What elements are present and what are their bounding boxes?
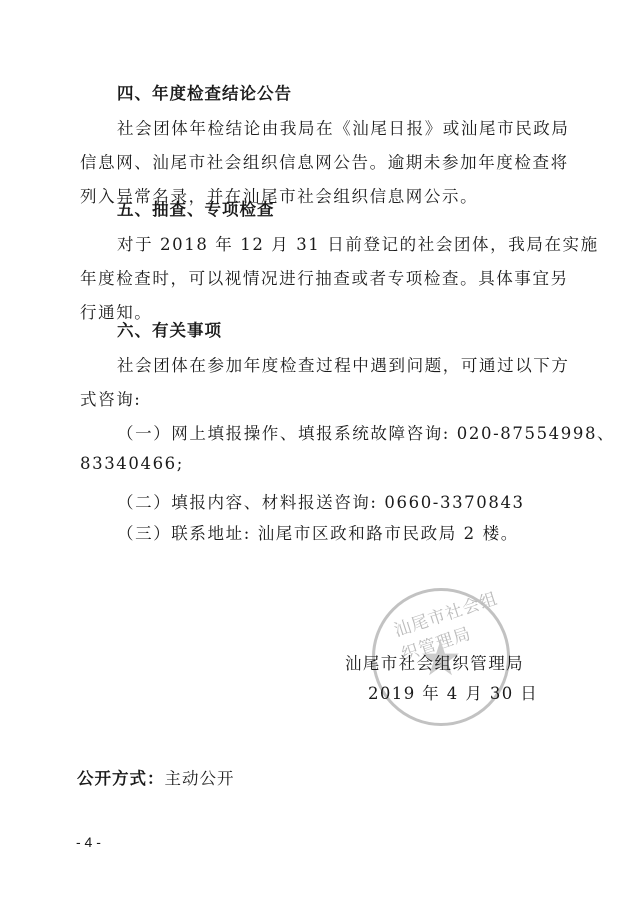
signing-date: 2019 年 4 月 30 日: [368, 680, 538, 704]
section-6-line-1: 社会团体在参加年度检查过程中遇到问题，可通过以下方: [117, 352, 570, 376]
section-5-heading: 五、抽查、专项检查: [117, 196, 275, 220]
section-4-line-1: 社会团体年检结论由我局在《汕尾日报》或汕尾市民政局: [117, 115, 570, 139]
disclosure-line: 公开方式：主动公开: [77, 765, 235, 789]
section-4-heading: 四、年度检查结论公告: [117, 80, 292, 104]
section-5-line-1: 对于 2018 年 12 月 31 日前登记的社会团体，我局在实施: [117, 231, 599, 255]
disclosure-value: 主动公开: [165, 769, 235, 788]
section-5-line-2: 年度检查时，可以视情况进行抽查或者专项检查。具体事宜另: [80, 265, 569, 289]
page-number: - 4 -: [76, 834, 101, 850]
contact-item-1: （一）网上填报操作、填报系统故障咨询: 020-87554998、: [117, 420, 615, 444]
signing-organization: 汕尾市社会组织管理局: [345, 650, 524, 674]
section-6-line-2: 式咨询:: [80, 386, 141, 410]
disclosure-label: 公开方式：: [77, 769, 165, 788]
contact-item-2: （二）填报内容、材料报送咨询: 0660-3370843: [117, 489, 525, 513]
contact-item-3: （三）联系地址: 汕尾市区政和路市民政局 2 楼。: [117, 520, 519, 544]
section-4-line-2: 信息网、汕尾市社会组织信息网公告。逾期未参加年度检查将: [80, 149, 569, 173]
section-6-heading: 六、有关事项: [117, 317, 222, 341]
contact-item-1-cont: 83340466;: [80, 454, 184, 473]
